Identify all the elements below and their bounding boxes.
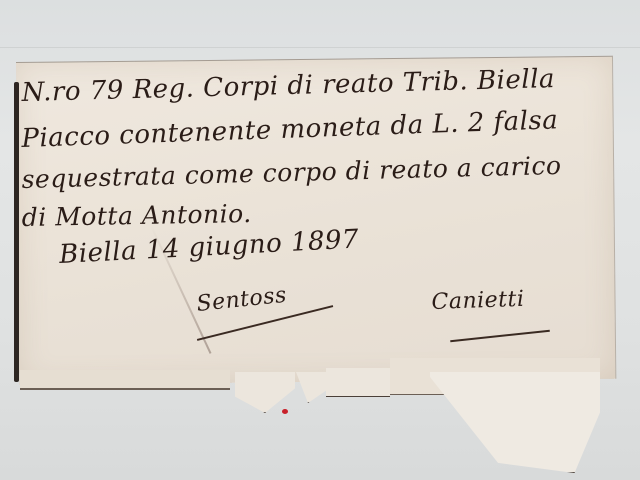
signature-right: Canietti: [431, 287, 525, 315]
mount-board-line: [0, 47, 640, 48]
torn-flap: [296, 372, 326, 403]
torn-flap: [326, 368, 390, 397]
torn-flap: [430, 372, 600, 473]
inscription-line-defendant: di Motta Antonio.: [21, 199, 251, 232]
torn-flap: [235, 372, 295, 413]
packet-left-edge: [14, 82, 19, 382]
red-seal-fragment: [282, 409, 288, 414]
packet-bottom-fold: [20, 370, 230, 390]
